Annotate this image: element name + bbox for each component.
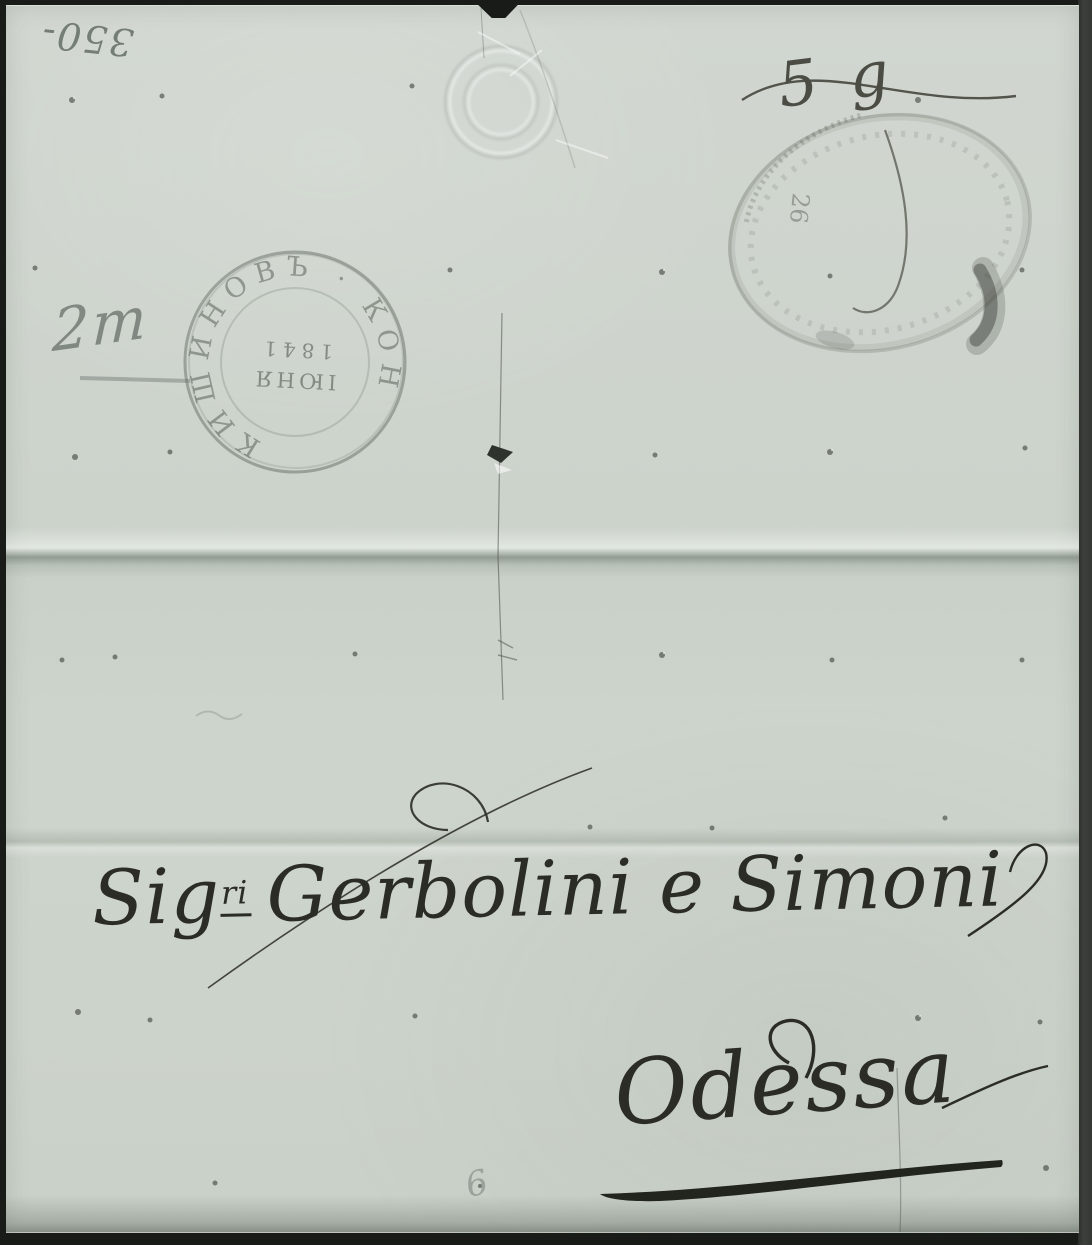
letter-paper (6, 5, 1079, 1233)
bottom-edge-shadow (6, 1195, 1079, 1232)
scanned-letter-cover: КИШИНОВЪ · КОН ІЮНЯ 1841 26 (0, 0, 1092, 1245)
horizontal-fold-crease-lower (6, 828, 1079, 858)
horizontal-fold-crease (6, 526, 1079, 578)
scan-background-right (1078, 0, 1092, 1245)
embossed-seal (440, 42, 562, 162)
